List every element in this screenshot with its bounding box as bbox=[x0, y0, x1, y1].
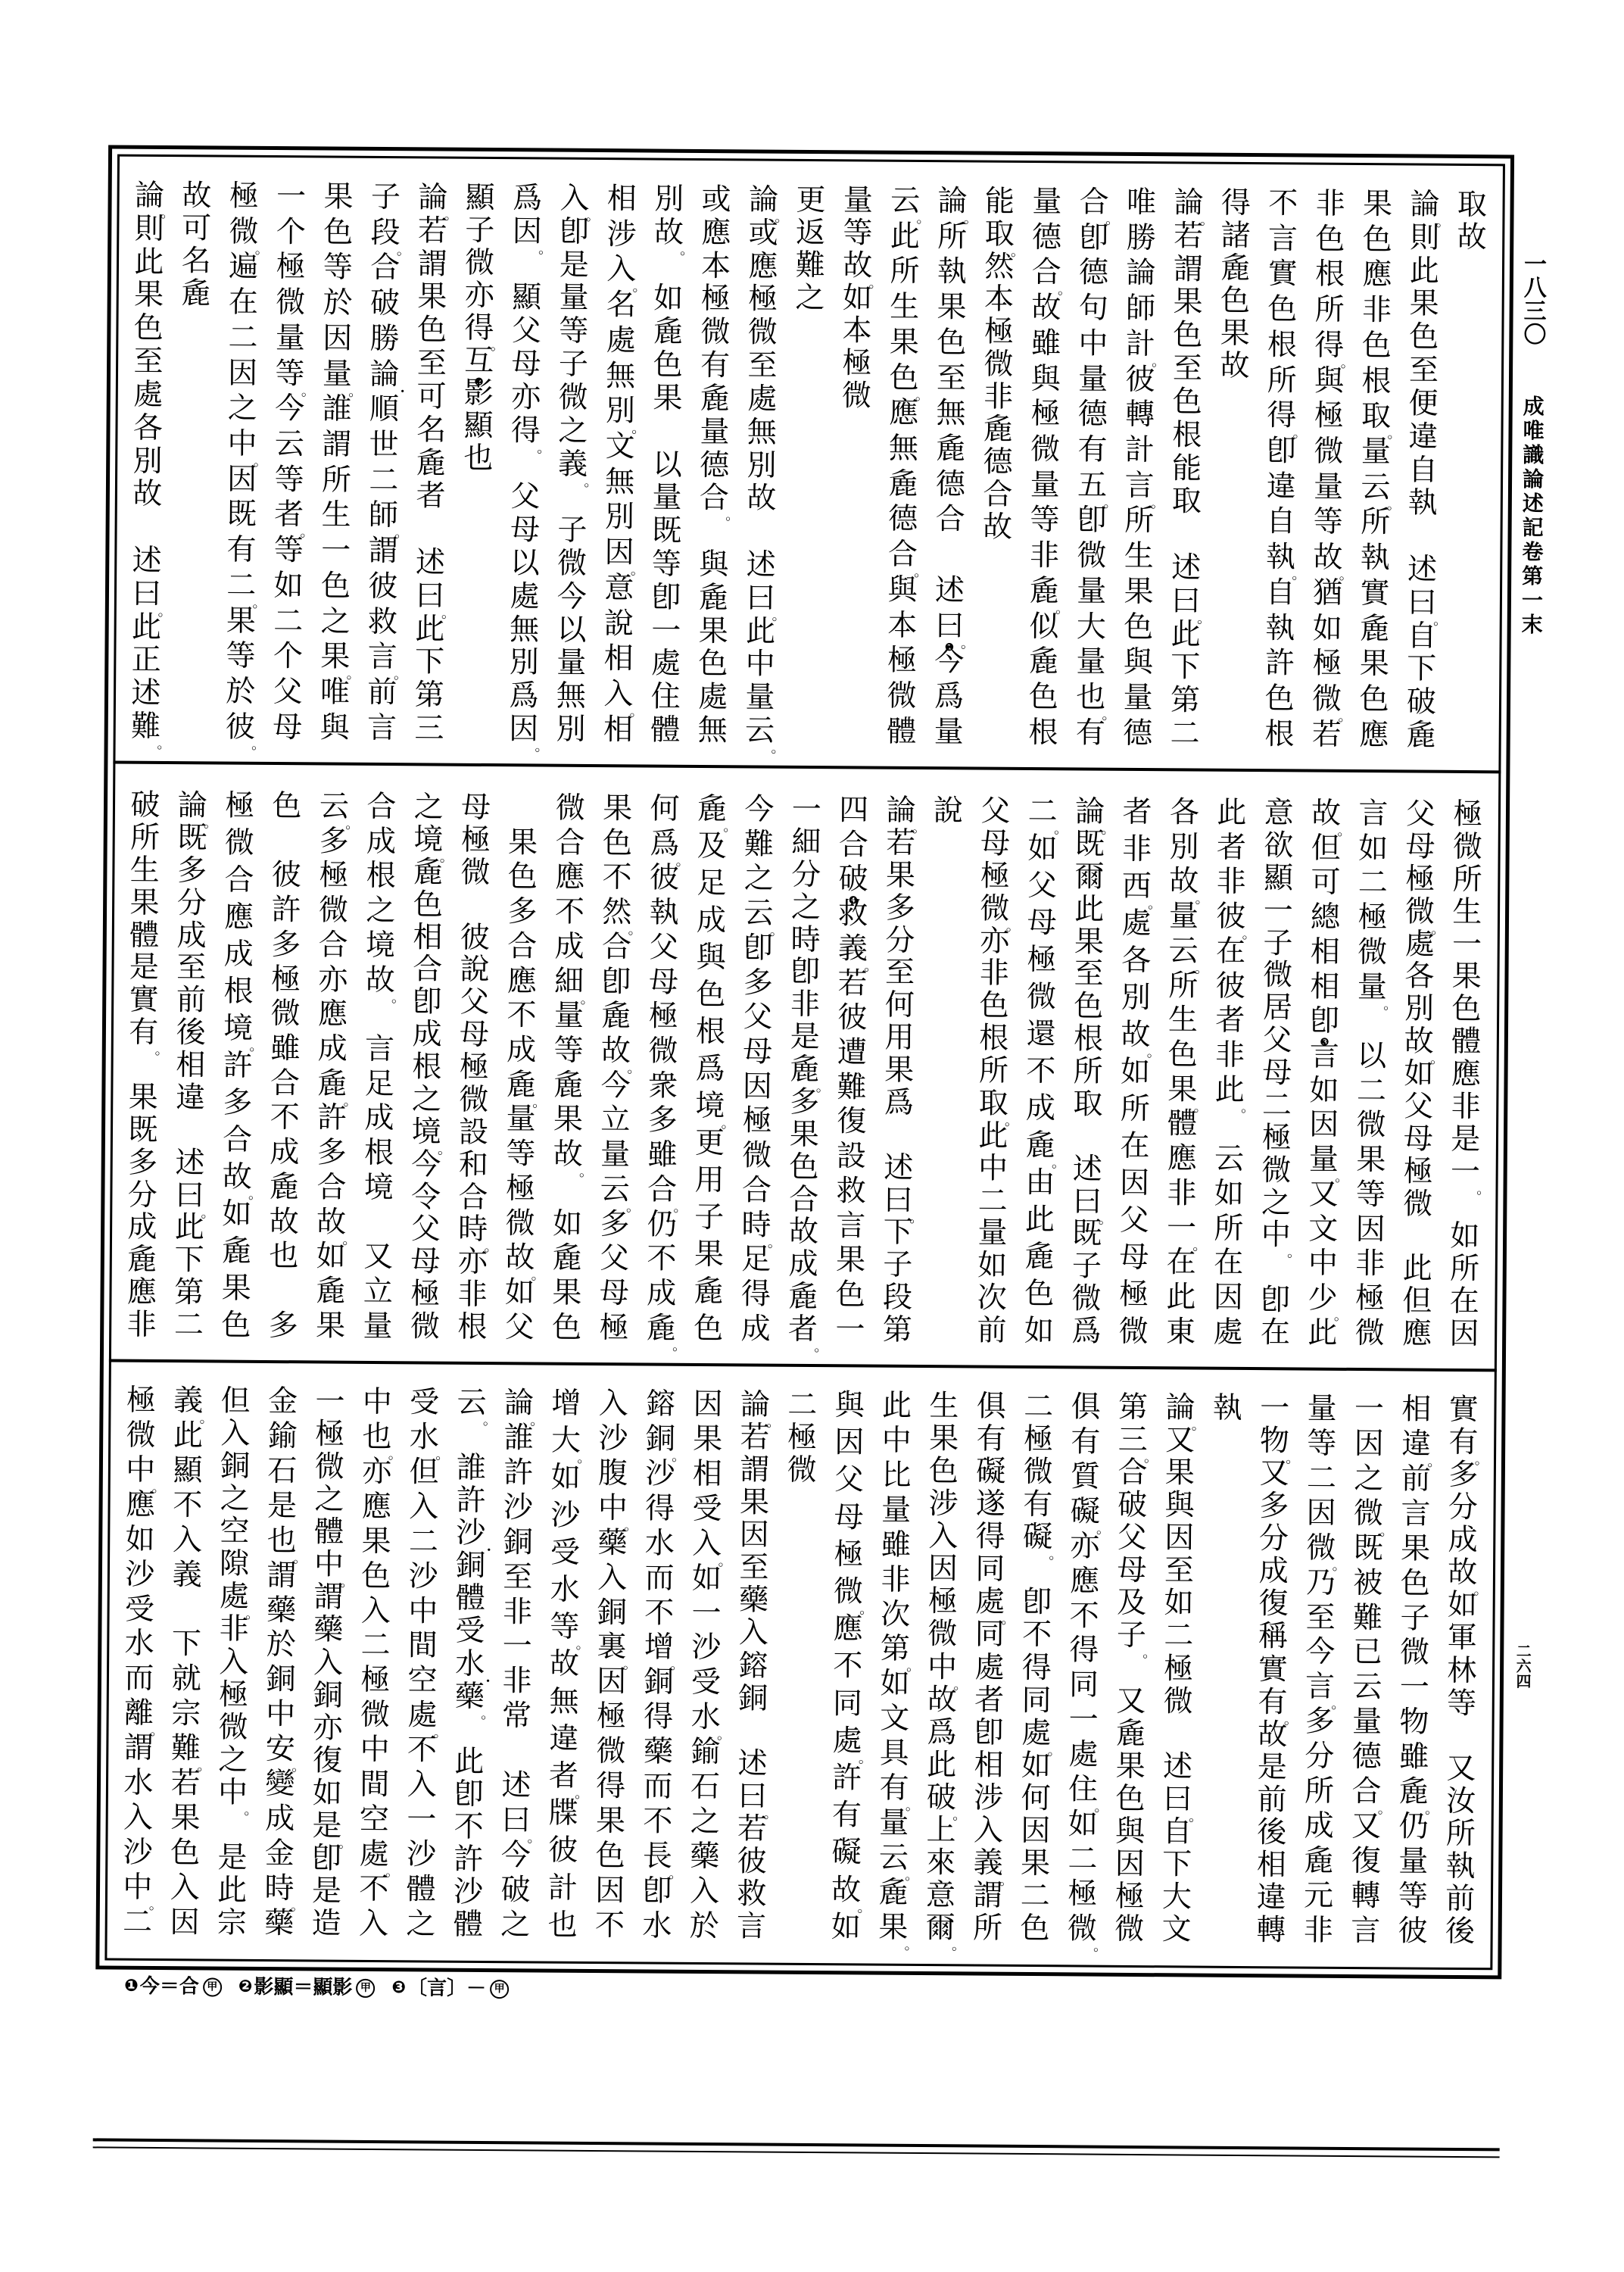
glyph: 極 bbox=[840, 348, 874, 379]
glyph: 至 bbox=[415, 348, 448, 379]
glyph: 處。 bbox=[973, 1587, 1006, 1618]
glyph: 銅 bbox=[595, 1598, 628, 1628]
glyph: 取 bbox=[1170, 487, 1203, 517]
blank-space bbox=[459, 890, 492, 920]
glyph: 故 bbox=[1218, 351, 1252, 382]
footnote-1: ❶ 今＝合 甲 bbox=[124, 1975, 222, 1999]
glyph: 是 bbox=[216, 1843, 249, 1873]
glyph: 一。 bbox=[1448, 1157, 1482, 1187]
glyph: 果 bbox=[550, 1278, 584, 1309]
glyph: 合 bbox=[316, 930, 350, 960]
glyph: 根 bbox=[694, 1017, 727, 1047]
glyph: 亦 bbox=[1068, 1531, 1102, 1562]
register-bottom: 實有。多分成故。如軍林等又汝所執前後 相違。前言果色子微一物雖麁。仍量等彼 一因… bbox=[114, 1386, 1488, 1948]
glyph: 非 bbox=[217, 1615, 251, 1645]
source-circle-mark: 甲 bbox=[490, 1980, 509, 1999]
glyph: 色 bbox=[697, 649, 730, 679]
glyph: 立 bbox=[599, 1106, 632, 1136]
glyph: 入 bbox=[737, 1618, 770, 1649]
blank-space bbox=[1259, 1253, 1292, 1283]
blank-space bbox=[1445, 1721, 1478, 1751]
blank-space bbox=[744, 517, 778, 547]
glyph: 句 bbox=[1077, 294, 1110, 324]
blank-space bbox=[170, 1595, 204, 1625]
glyph: 麁。 bbox=[788, 1055, 821, 1085]
text-column: 入。卽是量等子微之義。子微今以量無別 bbox=[547, 184, 599, 745]
glyph: 銅 bbox=[454, 1551, 487, 1581]
glyph: 果 bbox=[1114, 1751, 1147, 1781]
glyph: 不 bbox=[553, 897, 586, 928]
glyph: 又 bbox=[1307, 1179, 1340, 1209]
glyph: 合 bbox=[787, 1184, 821, 1215]
glyph: 二。 bbox=[225, 570, 258, 601]
glyph: 中 bbox=[880, 1426, 913, 1456]
glyph: 色 bbox=[411, 890, 444, 920]
glyph: 父 bbox=[647, 932, 681, 963]
glyph: 許 bbox=[270, 895, 303, 925]
text-column: 一極微之體中。謂藥入銅亦復如是。卽是造 bbox=[303, 1387, 354, 1939]
text-column: 俱有礙遂得同處。同處者卽相涉入義。謂所 bbox=[964, 1391, 1015, 1943]
glyph: 執 bbox=[1444, 1852, 1477, 1882]
text-column: 四合破❹救義。若彼遭難復設救言果色一 bbox=[827, 795, 877, 1345]
glyph: 救 bbox=[834, 1176, 868, 1206]
text-column: 父母極微。亦非色根所取。此中二量如次前 bbox=[968, 796, 1019, 1346]
glyph: 麁 bbox=[1358, 614, 1392, 644]
glyph: 中 bbox=[1306, 1249, 1339, 1279]
glyph: 沙・ bbox=[454, 1518, 488, 1549]
glyph: 在 bbox=[1214, 937, 1247, 967]
glyph: 自 bbox=[1264, 507, 1298, 538]
glyph: 等 bbox=[552, 1036, 585, 1066]
glyph: 多 bbox=[221, 1088, 254, 1119]
glyph: 父 bbox=[1117, 1206, 1151, 1236]
glyph: 色 bbox=[1266, 295, 1299, 325]
glyph: 極 bbox=[313, 1419, 346, 1450]
glyph: 云 bbox=[1212, 1144, 1245, 1175]
glyph: 取 bbox=[1071, 1089, 1105, 1119]
glyph: 非 bbox=[1121, 835, 1154, 865]
glyph: 合 bbox=[981, 480, 1015, 510]
glyph: 得。 bbox=[1265, 401, 1298, 431]
glyph: 中 bbox=[407, 1596, 440, 1627]
glyph: 住。 bbox=[1066, 1775, 1099, 1805]
punctuation-mark: 。 bbox=[672, 1340, 686, 1353]
glyph: 母 bbox=[1115, 1556, 1149, 1586]
glyph: 因 bbox=[1019, 1816, 1052, 1846]
glyph: 礙。 bbox=[1021, 1522, 1054, 1553]
glyph: 二 bbox=[786, 1390, 819, 1421]
glyph: 者 bbox=[1121, 797, 1154, 828]
glyph: 如 bbox=[550, 1209, 584, 1239]
glyph: 無 bbox=[554, 682, 588, 712]
glyph: 也。 bbox=[1074, 682, 1108, 713]
glyph: 因 bbox=[740, 1072, 774, 1102]
glyph: 言 bbox=[834, 1211, 868, 1241]
glyph: 合 bbox=[220, 1125, 254, 1156]
glyph: 顯 bbox=[463, 183, 497, 214]
glyph: 曰。 bbox=[1405, 588, 1439, 618]
glyph: 微 bbox=[982, 350, 1015, 380]
glyph: 有 bbox=[225, 535, 258, 566]
glyph: 云。 bbox=[1167, 936, 1200, 966]
glyph: 礙 bbox=[830, 1838, 863, 1868]
glyph: 應 bbox=[887, 398, 921, 429]
glyph: 子 bbox=[463, 216, 497, 246]
glyph: 誰 bbox=[502, 1423, 535, 1453]
glyph: 等 bbox=[650, 549, 683, 579]
glyph: 處 bbox=[1211, 1317, 1245, 1347]
glyph: 礙 bbox=[974, 1457, 1008, 1487]
glyph: 微 bbox=[926, 1620, 959, 1650]
glyph: 義。 bbox=[971, 1848, 1005, 1878]
glyph: 微 bbox=[1401, 1189, 1435, 1219]
glyph: 至 bbox=[1304, 1603, 1337, 1633]
glyph: 生 bbox=[128, 855, 161, 885]
glyph: 色 bbox=[594, 1841, 627, 1871]
glyph: 成 bbox=[410, 1019, 444, 1050]
glyph: 根 bbox=[1360, 367, 1393, 397]
glyph: 所 bbox=[1118, 1094, 1152, 1125]
glyph: 文 bbox=[1307, 1214, 1340, 1244]
glyph: 與 bbox=[694, 943, 728, 973]
blank-space bbox=[1355, 1006, 1389, 1037]
blank-space bbox=[453, 1714, 486, 1744]
glyph: 微。 bbox=[831, 1577, 865, 1607]
glyph: 爲。 bbox=[648, 829, 681, 859]
glyph: 得。 bbox=[1313, 330, 1346, 360]
glyph: 若 bbox=[1172, 221, 1205, 251]
glyph: 礙。 bbox=[1068, 1496, 1102, 1527]
glyph: 所 bbox=[1359, 507, 1392, 538]
text-column: 量等故。如本極微 bbox=[831, 186, 882, 747]
glyph: 論。 bbox=[1408, 189, 1442, 220]
text-column: 果色不然。合卽麁故。今立量云。多父母極 bbox=[591, 794, 641, 1344]
glyph: 中。 bbox=[124, 1456, 157, 1486]
glyph: 亦 bbox=[510, 382, 543, 413]
glyph: 仍 bbox=[1397, 1812, 1430, 1842]
glyph: 果 bbox=[692, 1240, 725, 1270]
glyph: 不 bbox=[641, 1807, 675, 1837]
glyph: 此 bbox=[1215, 798, 1248, 829]
glyph: 至 bbox=[883, 958, 916, 988]
glyph: 前 bbox=[174, 985, 207, 1016]
blank-space bbox=[126, 1050, 160, 1081]
glyph: 間 bbox=[358, 1770, 391, 1800]
glyph: 相 bbox=[1255, 1850, 1288, 1880]
glyph: 前 bbox=[366, 678, 399, 708]
glyph: 中。 bbox=[312, 1550, 345, 1581]
glyph: 微 bbox=[269, 999, 302, 1029]
glyph: 沙 bbox=[121, 1838, 154, 1868]
glyph: 果。 bbox=[877, 1912, 910, 1943]
glyph: 麁 bbox=[877, 1878, 910, 1908]
glyph: 因 bbox=[737, 1521, 771, 1551]
glyph: 極 bbox=[274, 252, 307, 282]
glyph: 色 bbox=[506, 863, 539, 893]
glyph: 不 bbox=[405, 1735, 438, 1765]
glyph: 返 bbox=[793, 218, 827, 248]
glyph: 非 bbox=[788, 990, 821, 1020]
glyph: 實 bbox=[1256, 1655, 1289, 1685]
glyph: 設 bbox=[834, 1141, 868, 1172]
glyph: 境。 bbox=[221, 1014, 254, 1044]
glyph: 別 bbox=[603, 503, 636, 533]
glyph: 中。 bbox=[1259, 1221, 1292, 1251]
glyph: 合 bbox=[268, 1069, 301, 1099]
glyph: 前 bbox=[975, 1316, 1008, 1347]
scanned-page: 一八三〇 成唯識論述記卷第一末 二六四 取故 論。則此果色至便違自執述曰。自下破… bbox=[0, 0, 1624, 2272]
glyph: 救 bbox=[366, 607, 399, 638]
glyph: 俱 bbox=[974, 1392, 1008, 1422]
glyph: 成 bbox=[363, 1103, 396, 1134]
glyph: 非 bbox=[1165, 1178, 1199, 1209]
glyph: 是 bbox=[1449, 1125, 1482, 1155]
glyph: 果 bbox=[594, 1806, 627, 1837]
glyph: 入 bbox=[170, 1525, 204, 1556]
text-column: 果色應非色根取。量云。所執實麁果色應 bbox=[1350, 189, 1401, 751]
glyph: 亦 bbox=[463, 281, 496, 311]
glyph: 多 bbox=[741, 968, 775, 998]
glyph: 極 bbox=[1161, 1654, 1195, 1684]
glyph: 境。 bbox=[412, 825, 445, 855]
glyph: 此 bbox=[977, 1121, 1010, 1151]
glyph: 故。 bbox=[830, 1875, 863, 1905]
glyph: 於 bbox=[264, 1630, 298, 1660]
glyph: 少。 bbox=[1306, 1284, 1339, 1314]
glyph: 微 bbox=[1113, 1915, 1146, 1945]
glyph: 實 bbox=[127, 985, 161, 1016]
glyph: 極 bbox=[1113, 1882, 1146, 1912]
glyph: 金 bbox=[263, 1839, 296, 1869]
text-column: 論。若果多分至何用果爲述曰。下子段第 bbox=[874, 796, 924, 1346]
glyph: 處。 bbox=[831, 1726, 864, 1756]
glyph: 極 bbox=[459, 825, 492, 856]
glyph: 極 bbox=[885, 646, 918, 676]
glyph: 二 bbox=[1354, 1076, 1388, 1106]
punctuation-mark: 。 bbox=[535, 740, 548, 754]
glyph: 故。 bbox=[503, 1244, 537, 1274]
glyph: 等 bbox=[1354, 1180, 1387, 1210]
glyph: 無 bbox=[507, 615, 541, 645]
glyph: 難 bbox=[835, 1072, 868, 1103]
blank-space bbox=[455, 1421, 488, 1451]
glyph: 藥 bbox=[263, 1908, 296, 1939]
glyph: 入 bbox=[407, 1492, 441, 1522]
glyph: 成 bbox=[316, 1034, 349, 1064]
blank-space bbox=[556, 482, 589, 513]
glyph: 果 bbox=[737, 1488, 771, 1518]
glyph: 別 bbox=[1119, 983, 1152, 1013]
glyph: 二 bbox=[1356, 868, 1389, 898]
glyph: 以 bbox=[650, 450, 684, 480]
text-column: 合成根之境故。言足成根境又立量 bbox=[354, 792, 405, 1342]
glyph: 體 bbox=[128, 920, 161, 950]
glyph: 子 bbox=[1261, 928, 1295, 959]
glyph: 下 bbox=[881, 1218, 915, 1248]
glyph: 量。 bbox=[320, 359, 354, 389]
glyph: 用 bbox=[883, 1023, 916, 1053]
glyph: 合。 bbox=[697, 483, 731, 513]
glyph: 母 bbox=[1261, 1058, 1294, 1088]
glyph: 破 bbox=[1116, 1490, 1149, 1521]
glyph: 有 bbox=[830, 1800, 863, 1830]
blank-space bbox=[500, 1736, 533, 1766]
glyph: 沙 bbox=[123, 1559, 157, 1590]
glyph: 執 bbox=[935, 257, 968, 288]
glyph: 言 bbox=[365, 713, 398, 744]
glyph: 微。 bbox=[1304, 1533, 1338, 1563]
glyph: 無 bbox=[745, 417, 778, 448]
blank-space bbox=[362, 1207, 395, 1237]
glyph: 言 bbox=[1399, 1499, 1432, 1529]
glyph: 故 bbox=[1256, 1720, 1289, 1750]
glyph: 入 bbox=[168, 1873, 201, 1903]
glyph: 藥 bbox=[641, 1737, 675, 1768]
glyph: 微 bbox=[463, 248, 496, 279]
glyph: 銅 bbox=[737, 1684, 770, 1714]
glyph: 銅 bbox=[311, 1681, 344, 1711]
glyph: 遭 bbox=[835, 1038, 868, 1068]
glyph: 此 bbox=[743, 616, 777, 647]
glyph: 石 bbox=[266, 1456, 299, 1487]
glyph: 此 bbox=[171, 1421, 204, 1451]
text-column: 今難之云。卽多父母因極微合時。足得成 bbox=[732, 794, 783, 1344]
blank-space bbox=[507, 793, 540, 823]
glyph: 如 bbox=[840, 283, 874, 314]
glyph: 而 bbox=[123, 1664, 156, 1694]
glyph: 破❹ bbox=[837, 865, 870, 895]
glyph: 執 bbox=[1264, 613, 1297, 644]
glyph: 有。 bbox=[1447, 1428, 1480, 1458]
glyph: 因。 bbox=[507, 714, 541, 744]
glyph: 但 bbox=[1309, 833, 1342, 863]
glyph: 二 bbox=[976, 1186, 1009, 1216]
glyph: 彼 bbox=[735, 1846, 768, 1877]
glyph: 物。 bbox=[1258, 1426, 1291, 1456]
glyph: 居 bbox=[1261, 993, 1294, 1023]
glyph: 麁 bbox=[697, 583, 730, 613]
glyph: 多 bbox=[267, 1311, 300, 1341]
glyph: 果。 bbox=[1166, 1075, 1199, 1105]
glyph: 至 bbox=[1170, 354, 1204, 384]
glyph: 如 bbox=[220, 1200, 254, 1230]
glyph: 足 bbox=[740, 1245, 773, 1275]
glyph: 者。 bbox=[273, 500, 306, 530]
glyph: 論。 bbox=[1074, 797, 1107, 827]
glyph: 今 bbox=[743, 794, 776, 825]
glyph: 因 bbox=[1117, 1169, 1151, 1199]
glyph: 因 bbox=[226, 464, 259, 495]
glyph: 牒 bbox=[547, 1799, 580, 1829]
glyph: 各 bbox=[1120, 946, 1153, 976]
glyph: 體 bbox=[1165, 1109, 1199, 1140]
glyph: 微 bbox=[740, 1141, 774, 1172]
glyph: 謂 bbox=[320, 429, 354, 460]
glyph: 果 bbox=[927, 1424, 961, 1454]
glyph: 微 bbox=[1451, 832, 1484, 863]
glyph: 極 bbox=[124, 1386, 157, 1416]
glyph: 故。 bbox=[551, 1140, 584, 1170]
glyph: 彼 bbox=[547, 1836, 580, 1866]
glyph: 隙 bbox=[218, 1550, 251, 1580]
glyph: 極 bbox=[597, 1313, 631, 1344]
text-column: 破所生果體是實有。果既多分成麁應非 bbox=[118, 791, 169, 1340]
glyph: 子 bbox=[556, 516, 589, 546]
text-column: 論。誰許沙銅至非一非常述曰。今破之 bbox=[491, 1388, 542, 1940]
text-column: 之境。麁色相合卽成根之境。今令父母極微 bbox=[401, 792, 452, 1342]
glyph: 分 bbox=[1257, 1524, 1290, 1554]
glyph: 不 bbox=[171, 1490, 204, 1521]
glyph: 曰。 bbox=[881, 1185, 915, 1216]
glyph: 故。 bbox=[1402, 1027, 1435, 1057]
glyph: 間 bbox=[406, 1631, 439, 1662]
glyph: 入 bbox=[971, 1815, 1005, 1846]
glyph: 父 bbox=[509, 482, 542, 512]
footnote-2: ❷ 影顯＝顯影 甲 bbox=[238, 1976, 376, 1999]
glyph: 之 bbox=[789, 892, 822, 922]
glyph: 若 bbox=[884, 829, 918, 859]
glyph: 量 bbox=[1167, 901, 1200, 932]
glyph: 卽 bbox=[1021, 1587, 1054, 1618]
glyph: 有 bbox=[698, 351, 731, 381]
glyph: 之 bbox=[1259, 1188, 1292, 1219]
glyph: 之 bbox=[217, 1745, 250, 1775]
margin-page-number: 二六四 bbox=[1513, 1643, 1532, 1688]
glyph: 分 bbox=[175, 888, 208, 919]
glyph: 常 bbox=[500, 1701, 533, 1731]
glyph: 多 bbox=[176, 856, 209, 886]
glyph: 時。 bbox=[457, 1215, 490, 1245]
glyph: 非 bbox=[500, 1597, 534, 1628]
text-column: 極微所生一果色體應非是一。如所在因 bbox=[1441, 800, 1492, 1350]
glyph: 今 bbox=[555, 582, 588, 612]
text-column: 果色多合應不成麁。量等極微故。如父 bbox=[496, 793, 547, 1343]
glyph: 因 bbox=[226, 358, 259, 389]
glyph: 稱 bbox=[1256, 1622, 1289, 1653]
glyph: 果 bbox=[1163, 1458, 1196, 1488]
glyph: 一 bbox=[500, 1632, 534, 1662]
glyph: 一 bbox=[1352, 1394, 1386, 1425]
glyph: 微 bbox=[1117, 1317, 1150, 1347]
glyph: 相 bbox=[602, 644, 635, 674]
running-title: 成唯識論述記卷第一末 bbox=[1519, 395, 1545, 638]
glyph: 合。 bbox=[1350, 1777, 1383, 1807]
glyph: 德 bbox=[981, 448, 1015, 478]
glyph: 果 bbox=[887, 328, 921, 358]
blank-space bbox=[1071, 1122, 1105, 1152]
glyph: 微 bbox=[358, 1700, 391, 1731]
glyph: 子 bbox=[881, 1250, 915, 1281]
glyph: 故。 bbox=[220, 1163, 254, 1193]
glyph: 極 bbox=[1025, 945, 1058, 975]
glyph: 中 bbox=[976, 1153, 1009, 1184]
glyph: 極 bbox=[978, 861, 1011, 891]
text-column: 故可名麁 bbox=[170, 181, 221, 742]
glyph: 取。 bbox=[977, 1088, 1010, 1119]
glyph: 之 bbox=[313, 1485, 346, 1515]
text-column: 受水。但入二沙中間空處。不入一沙體之 bbox=[397, 1387, 448, 1940]
glyph: 應 bbox=[747, 251, 780, 282]
glyph: 亦 bbox=[456, 1247, 489, 1278]
glyph: 母 bbox=[1404, 832, 1437, 862]
glyph: 如 bbox=[878, 1669, 912, 1699]
glyph: 但 bbox=[1401, 1287, 1434, 1317]
register-top: 取故 論。則此果色至便違自執述曰。自下破麁 果色應非色根取。量云。所執實麁果色應… bbox=[122, 181, 1496, 752]
glyph: 量 bbox=[698, 417, 731, 448]
glyph: 微 bbox=[594, 1737, 628, 1767]
glyph: 爲 bbox=[510, 183, 544, 214]
glyph: 因 bbox=[1211, 1283, 1245, 1313]
